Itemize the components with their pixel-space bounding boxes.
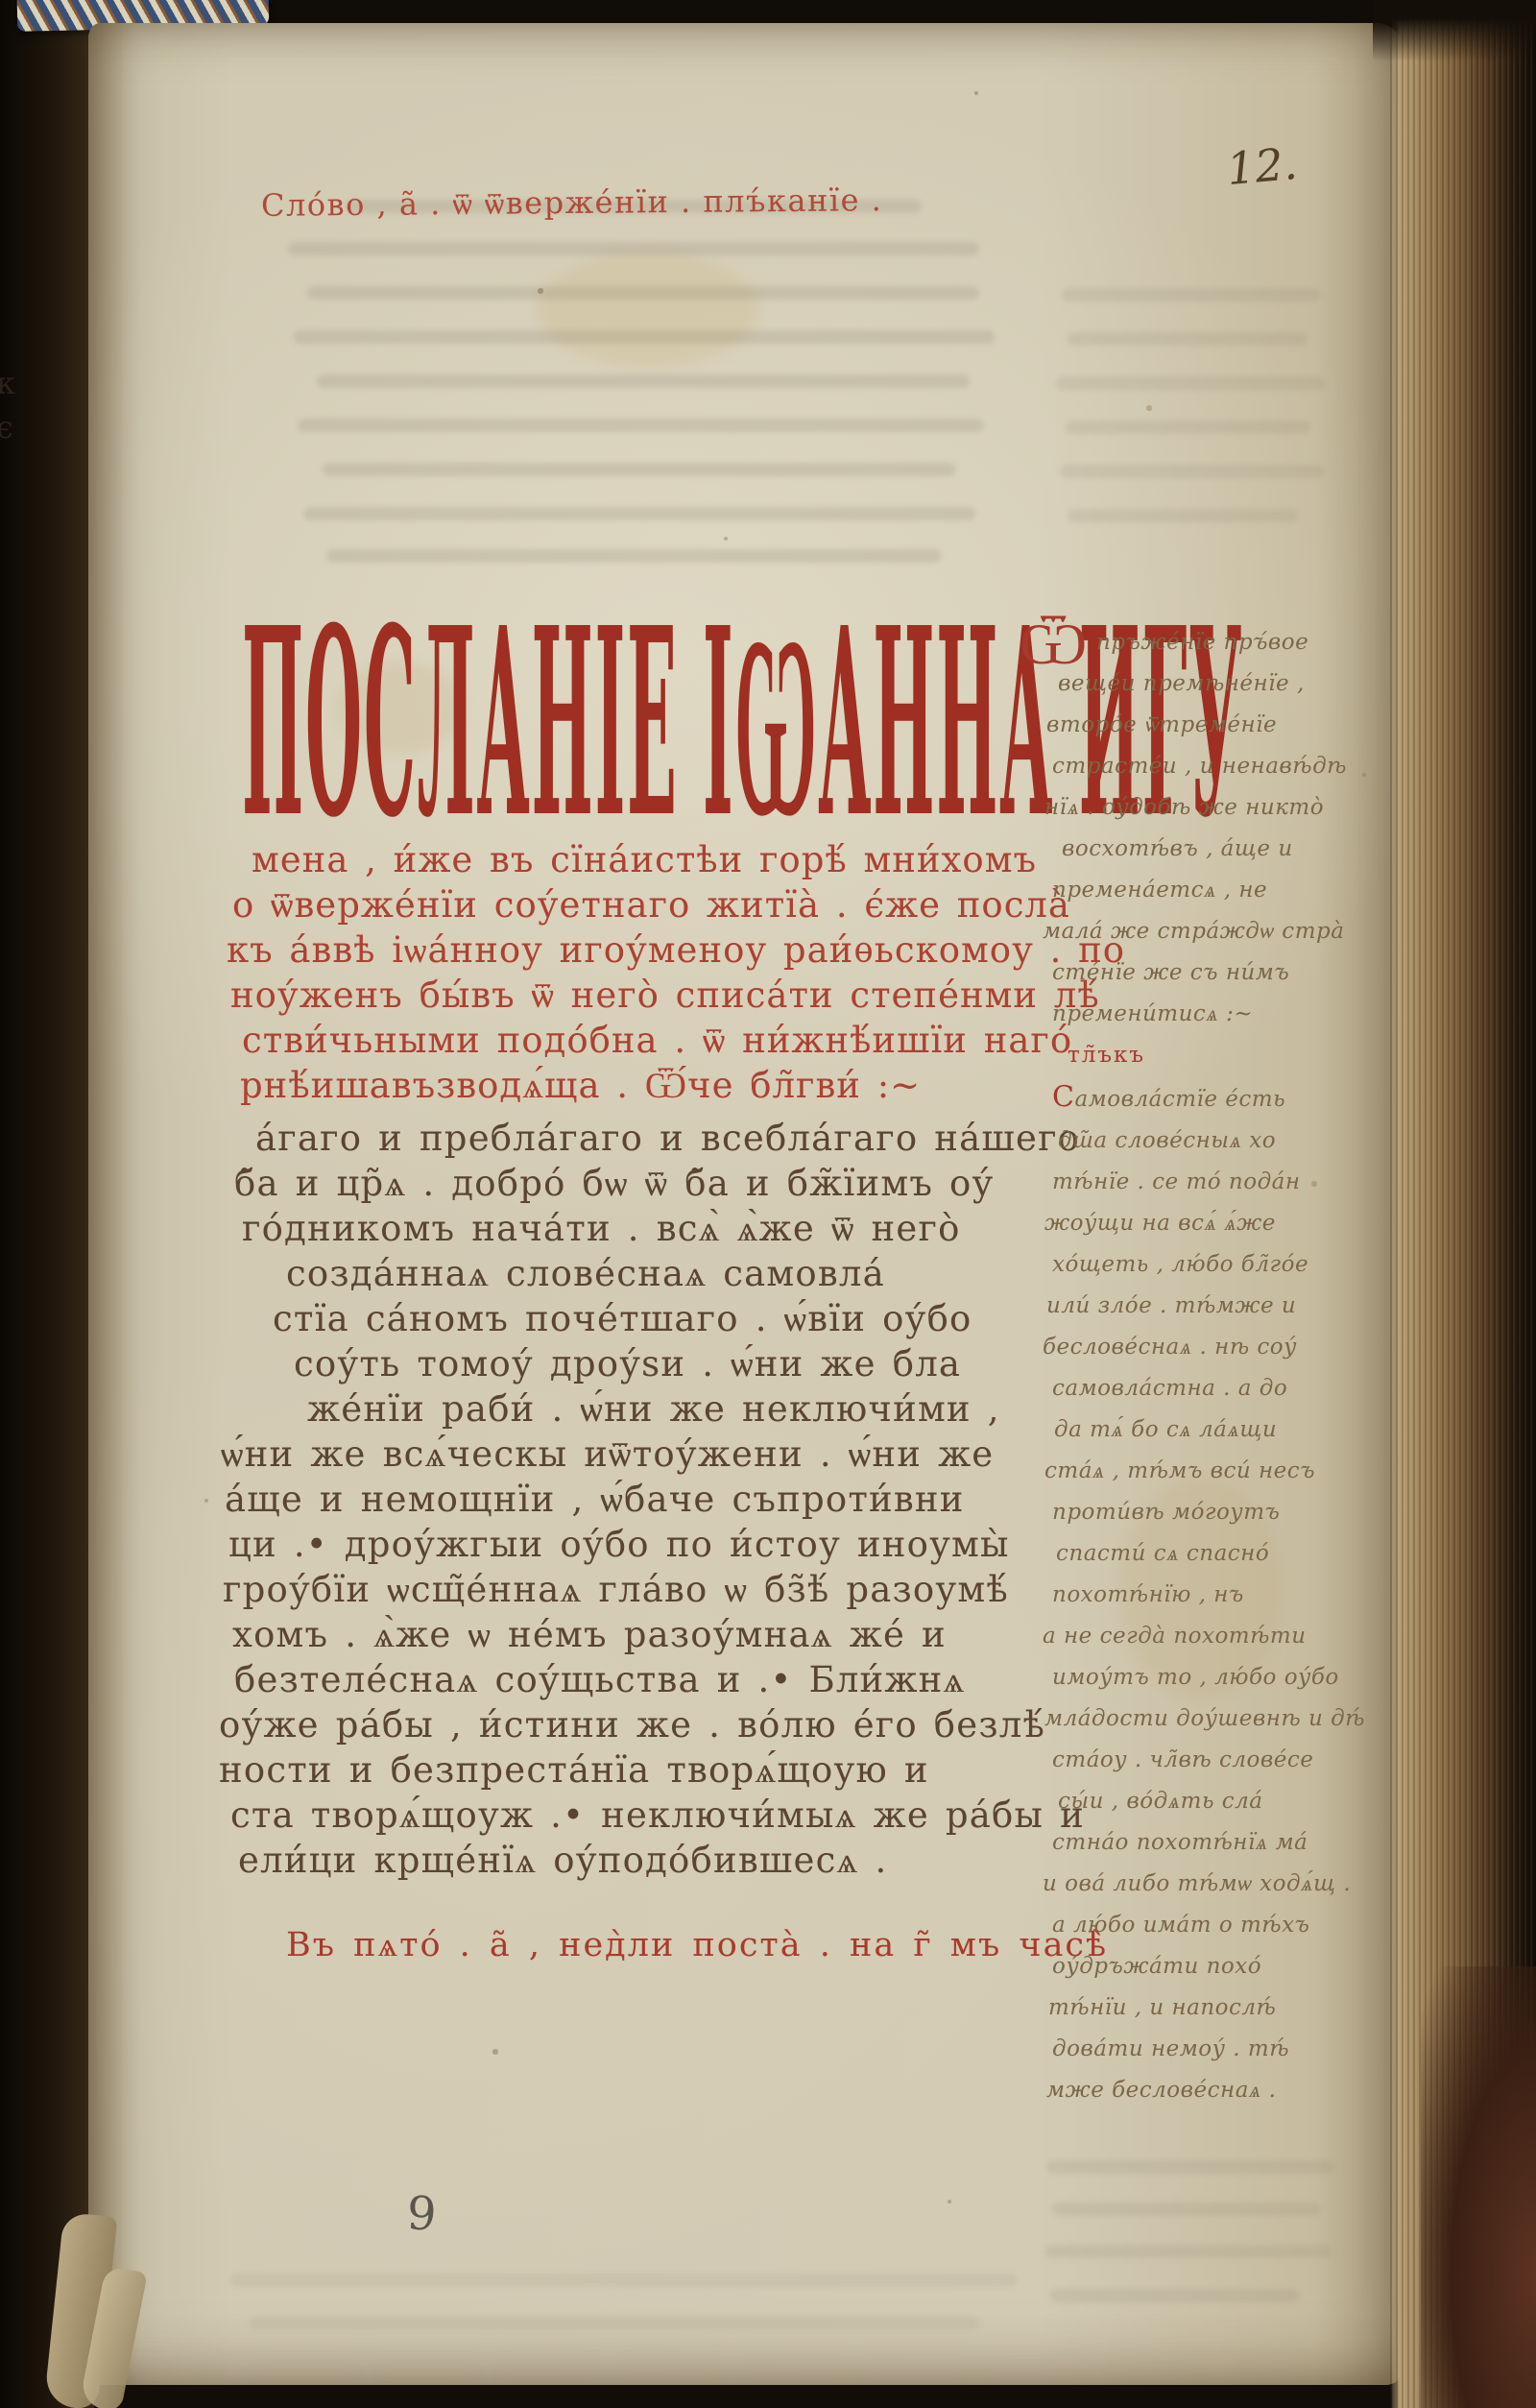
margin-note-line: и ова́ либо тѣ́мѡ ходѧ́щ . — [1043, 1864, 1388, 1905]
showthrough-line — [298, 419, 984, 432]
margin-note-line: стна́о похотѣ́нїѧ ма́ — [1052, 1822, 1388, 1864]
showthrough-line — [1060, 465, 1324, 478]
margin-note-line: страсте́и , и ненавѣ́дѣ — [1052, 746, 1388, 787]
body-line: го́дникомъ нача́ти . всѧ̀ ѧ̀же ѿ него̀ — [242, 1206, 1048, 1251]
showthrough-line — [288, 242, 979, 255]
margin-note-line: премена́етсѧ , не — [1052, 870, 1388, 911]
left-edge-mark: к — [0, 365, 21, 401]
body-line: ности и безпреста́нїа творѧ́щоую и — [219, 1747, 1048, 1793]
margin-note-line: или́ зло́е . тѣ́мже и — [1046, 1286, 1388, 1327]
margin-note-line: премени́тисѧ :~ — [1052, 994, 1388, 1035]
margin-note-line: проти́вѣ мо́гоутъ — [1052, 1492, 1388, 1533]
showthrough-line — [1068, 509, 1298, 522]
margin-note-line: мже беслове́снаѧ . — [1046, 2070, 1388, 2111]
margin-note-line: беслове́снаѧ . нѣ соу́ — [1043, 1327, 1388, 1368]
rubric-line: о ѿверже́нїи соу́етнаго житїа̀ . є́же по… — [232, 882, 1048, 927]
closing-rubric: Въ пѧто́ . а̃ , нед̀ли поста̀ . на г̃ мъ… — [286, 1926, 1108, 1964]
showthrough-line — [1046, 2160, 1334, 2174]
margin-note-line: мла́дости доу́шевнѣ и дѣ́ — [1044, 1698, 1388, 1740]
margin-note-text: амовла́стїе е́сть — [1074, 1087, 1285, 1112]
body-line: ста творѧ́щоуж .• неключи́мыѧ же ра́бы и — [230, 1793, 1048, 1838]
body-line: ци .• дроу́жгыи оу́бо по и́стоу иноумы̀ — [228, 1522, 1048, 1567]
manuscript-photo: к є Сло́во , а̃ . ѿ ѿверже́нїи . плъ́кан… — [0, 0, 1536, 2408]
vyaz-title-text: ПОСЛАНІЕ ІѠАННА ИГУ — [242, 571, 895, 878]
pencil-folio-number: 9 — [406, 2186, 438, 2242]
folio-number: 12. — [1225, 137, 1300, 195]
margin-initial-s: С — [1052, 1080, 1074, 1114]
margin-note-line: спасти́ сѧ спасно́ — [1056, 1533, 1388, 1575]
margin-note-line: дш̃а слове́сныѧ хо — [1058, 1120, 1388, 1162]
body-line: безтеле́снаѧ соу́щьства и .• Бли́жнѧ — [234, 1657, 1048, 1702]
red-intro-block: мена , и́же въ сїна́истѣи горѣ́ мни́хомъ… — [242, 837, 1048, 1108]
body-text-block: а́гаго и пребла́гаго и всебла́гаго на́ше… — [242, 1116, 1048, 1883]
showthrough-line — [1044, 2245, 1332, 2258]
rubric-line: стви́чьными подо́бна . ѿ ни́жнѣ́ишїи наг… — [242, 1018, 1048, 1063]
margin-note-line: тѣ́нїе . се то́ пода́н — [1052, 1162, 1388, 1203]
showthrough-line — [323, 463, 956, 476]
margin-note-line: имоу́тъ то , лю́бо оу́бо — [1052, 1657, 1388, 1698]
margin-note-line: да тѧ́ бо сѧ ла́ѧщи — [1054, 1409, 1388, 1451]
stain — [538, 252, 758, 367]
showthrough-line — [1068, 332, 1308, 346]
margin-note-line: дова́ти немоу́ . тѣ́ — [1052, 2029, 1388, 2070]
leather-cover-edge — [1421, 1966, 1536, 2408]
margin-note-line: ста́оу . чл̃вѣ слове́се — [1052, 1740, 1388, 1781]
showthrough-line — [1066, 421, 1310, 434]
showthrough-line — [303, 507, 975, 520]
body-line: хомъ . ѧ̀же ѡ не́мъ разоу́мнаѧ же́ и — [232, 1612, 1048, 1657]
showthrough-line — [250, 2316, 979, 2329]
margin-note-line: мала́ же стра́ждѡ стра̀ — [1043, 911, 1388, 952]
body-line: а́гаго и пребла́гаго и всебла́гаго на́ше… — [255, 1116, 1048, 1161]
margin-note-line: жоу́щи на всѧ́ ѧ́же — [1044, 1203, 1388, 1244]
body-line: ели́ци крще́нїѧ оу́подо́бившесѧ . — [238, 1838, 1048, 1883]
body-line: стїа са́номъ поче́тшаго . ѡ́вїи оу́бо — [273, 1296, 1048, 1341]
body-line: ѡ́ни же всѧ́ческы иѿтоу́жени . ѡ́ни же — [221, 1432, 1048, 1477]
body-line: гроу́бїи ѡсщ̃е́ннаѧ гла́во ѡ бз̃ѣ́ разоу… — [223, 1567, 1048, 1612]
rubric-line: рнѣ́ишавъзводѧ́ща . Ѿ́че бл̃гви́ :~ — [240, 1063, 1048, 1108]
showthrough-line — [230, 2274, 1018, 2287]
margin-note-line: оу́дръжа́ти похо́ — [1052, 1946, 1388, 1987]
margin-note-line: а не сегда̀ похотѣ́ти — [1043, 1616, 1388, 1657]
margin-note-line: сы́и , во́дѧть сла́ — [1058, 1781, 1388, 1822]
rubric-line: ноу́женъ бы́въ ѿ него̀ списа́ти степе́нм… — [230, 973, 1048, 1018]
top-right-shadow — [1373, 0, 1536, 61]
margin-note-line: второ́е ѿтреме́нїе — [1046, 705, 1388, 746]
tolk-label: тл̃ъкъ — [1068, 1035, 1388, 1076]
chapter-heading-rubric: Сло́во , а̃ . ѿ ѿверже́нїи . плъ́канїе . — [261, 181, 883, 224]
showthrough-line — [294, 330, 995, 344]
showthrough-line — [1062, 288, 1321, 301]
showthrough-line — [1050, 2289, 1300, 2302]
margin-note-line: восхотѣ́въ , а́ще и — [1062, 829, 1388, 870]
margin-note-line: ста́ѧ , тѣ́мъ вси́ несъ — [1044, 1451, 1388, 1492]
body-line: а́ще и немощнїи , ѡ́баче съпроти́вни — [225, 1477, 1048, 1522]
margin-note-line: самовла́стна . а до — [1052, 1368, 1388, 1409]
body-line: б̃а и цр̃ѧ . добро́ бѡ ѿ б̃а и бж̃їимъ о… — [234, 1161, 1048, 1206]
body-line: созда́ннаѧ слове́снаѧ самовла́ — [286, 1251, 1048, 1296]
showthrough-line — [1052, 2203, 1321, 2216]
showthrough-line — [1056, 376, 1325, 390]
margin-note-line: хо́щеть , лю́бо бл̃го́е — [1052, 1244, 1388, 1286]
specks — [0, 0, 2, 2]
margin-note-line: нїѧ . оу́добѣ же никто̀ — [1044, 787, 1388, 829]
rubric-line: къ а́ввѣ іѡа́нноу игоу́меноу раи́ѳьскомо… — [227, 927, 1048, 973]
rubric-line: мена , и́же въ сїна́истѣи горѣ́ мни́хомъ — [252, 837, 1048, 882]
margin-note-line: сте́нїе же съ ни́мъ — [1052, 952, 1388, 994]
margin-note-line: похотѣ́нїю , нъ — [1052, 1575, 1388, 1616]
body-line: оу́же ра́бы , и́стини же . во́лю е́го бе… — [219, 1702, 1048, 1747]
showthrough-line — [307, 286, 979, 300]
margin-note-line: тѣ́нїи , и напослѣ́ — [1048, 1987, 1388, 2029]
margin-note-line: веще́и премѣне́нїе , — [1058, 663, 1388, 705]
showthrough-line — [317, 374, 970, 388]
margin-note-line: а лю́бо има́т о тѣ́хъ — [1052, 1905, 1388, 1946]
left-edge-mark: є — [0, 409, 21, 445]
showthrough-line — [326, 549, 941, 563]
book-spine — [0, 0, 94, 2408]
margin-note-line: пръже́нїе пръ́вое — [1052, 622, 1388, 663]
body-line: же́нїи раби́ . ѡ́ни же неключи́ми , — [307, 1386, 1048, 1432]
margin-note-line: Самовла́стїе е́сть — [1052, 1076, 1388, 1120]
marginal-scholia-column: пръже́нїе пръ́вое веще́и премѣне́нїе , в… — [1052, 622, 1388, 2111]
body-line: соу́ть томоу́ дроу́ѕи . ѡ́ни же бла — [294, 1341, 1048, 1386]
